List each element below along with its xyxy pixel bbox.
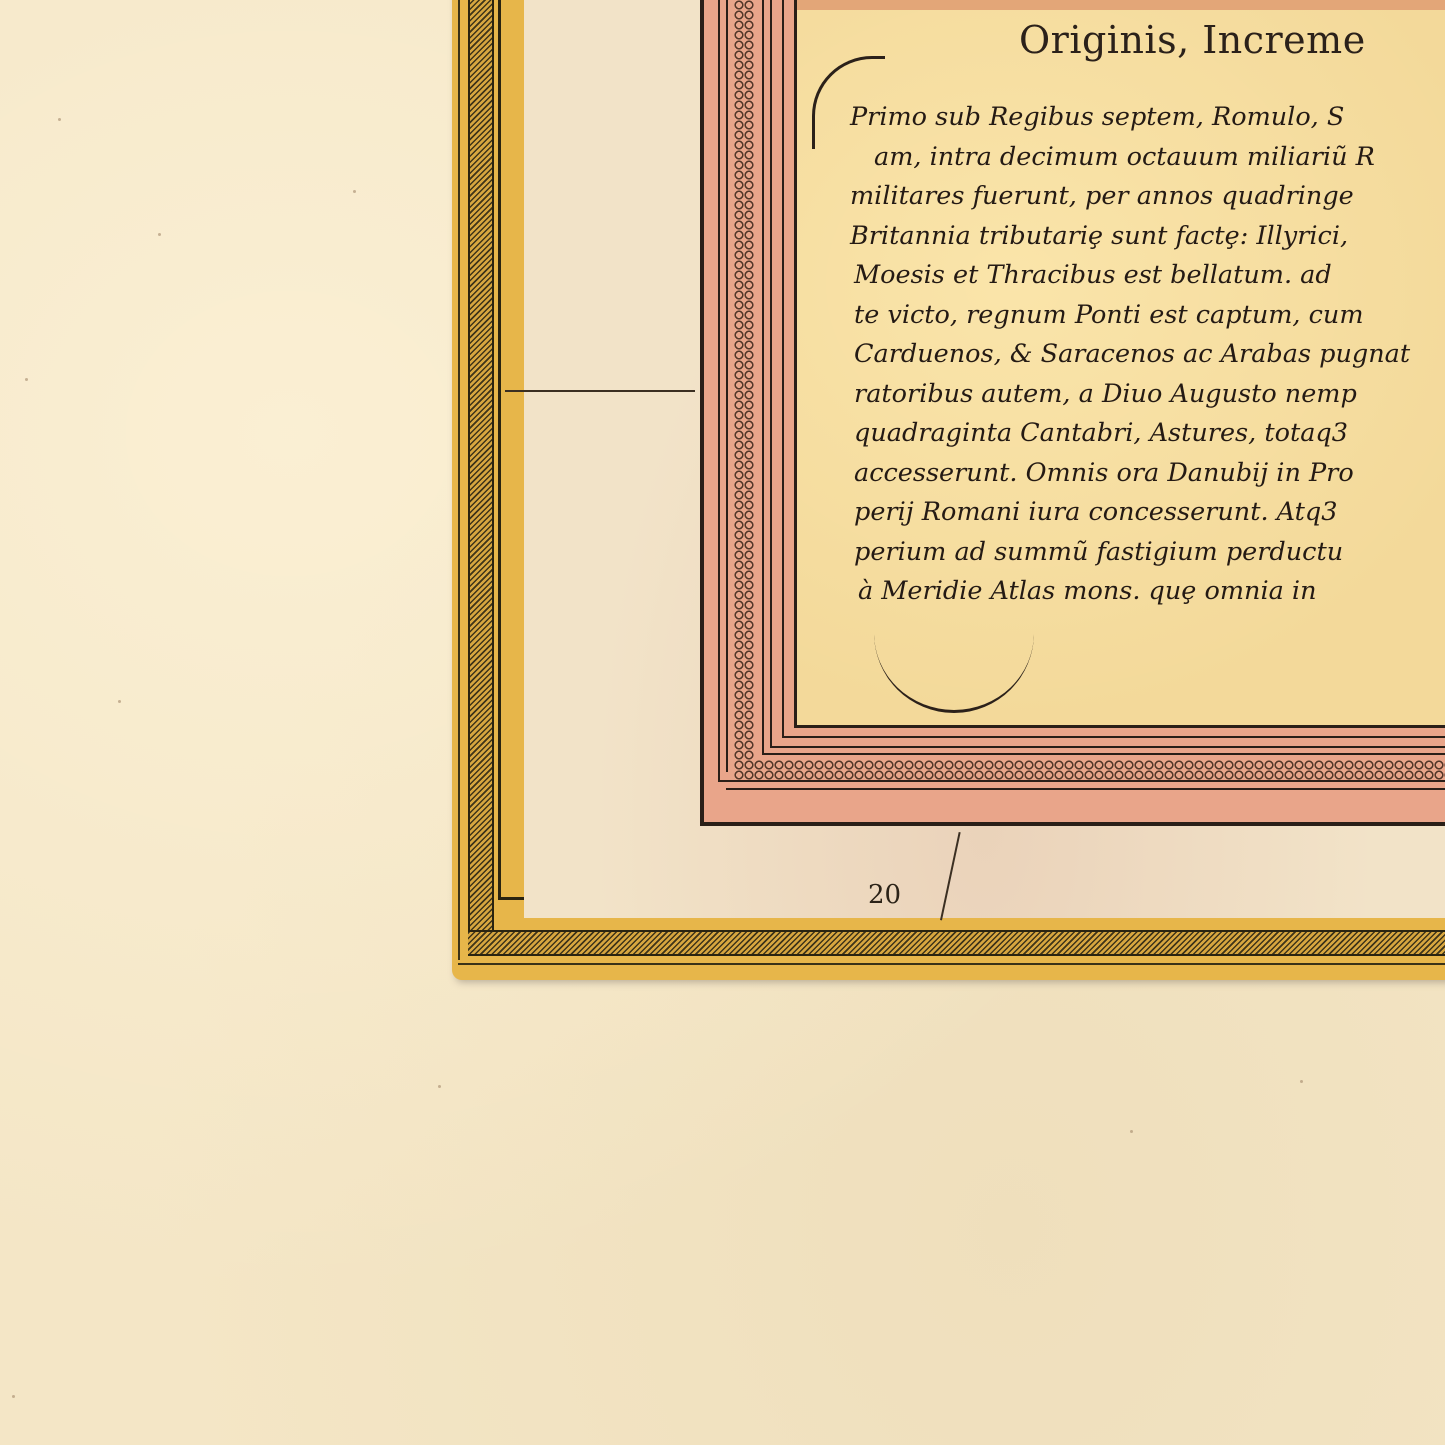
text-line: quadraginta Cantabri, Astures, totaq3: [754, 414, 1445, 454]
text-line: accesserunt. Omnis ora Danubij in Pro: [754, 454, 1445, 494]
frame-rule: [458, 963, 1445, 965]
cartouche-rule: [762, 753, 1445, 755]
beaded-border-left: [734, 0, 754, 760]
text-line: am, intra decimum octauum miliariũ R: [754, 138, 1445, 178]
text-line: Carduenos, & Saracenos ac Arabas pugnat: [754, 335, 1445, 375]
paper-speck: [438, 1085, 441, 1088]
paper-speck: [25, 378, 28, 381]
text-cartouche: Originis, Increme Primo sub Regibus sept…: [700, 0, 1445, 826]
paper-speck: [58, 118, 61, 121]
paper-speck: [158, 233, 161, 236]
panel-top-tint: [797, 0, 1445, 10]
paper-speck: [1300, 1080, 1303, 1083]
text-line: à Meridie Atlas mons. quȩ omnia in: [754, 572, 1445, 612]
text-line: ratoribus autem, a Diuo Augusto nemp: [754, 375, 1445, 415]
cartouche-rule: [770, 746, 1445, 748]
degree-label: 20: [868, 880, 901, 910]
cartouche-rule: [782, 736, 1445, 738]
cartouche-body-text: Primo sub Regibus septem, Romulo, S am, …: [754, 98, 1445, 612]
text-line: perium ad summũ fastigium perductu: [754, 533, 1445, 573]
paper-speck: [353, 190, 356, 193]
cartouche-title: Originis, Increme: [1019, 18, 1366, 62]
latitude-gridline: [505, 390, 695, 392]
frame-rule: [458, 0, 460, 960]
beaded-border-bottom: [734, 760, 1445, 780]
text-line: Britannia tributariȩ sunt factȩ: Illyric…: [754, 217, 1445, 257]
text-line: militares fuerunt, per annos quadringe: [754, 177, 1445, 217]
text-line: Moesis et Thracibus est bellatum. ad: [754, 256, 1445, 296]
cartouche-rule: [726, 788, 1445, 790]
cartouche-rule: [718, 780, 1445, 782]
hatched-border-bottom: [468, 930, 1445, 956]
paper-speck: [12, 1395, 15, 1398]
cartouche-rule: [718, 0, 720, 780]
text-line: perij Romani iura concesserunt. Atq3: [754, 493, 1445, 533]
text-line: te victo, regnum Ponti est captum, cum: [754, 296, 1445, 336]
hatched-border-left: [468, 0, 494, 930]
text-line: Primo sub Regibus septem, Romulo, S: [754, 98, 1445, 138]
cartouche-rule: [726, 0, 728, 772]
paper-speck: [1130, 1130, 1133, 1133]
frame-inner-rule: [498, 0, 501, 900]
paper-speck: [118, 700, 121, 703]
